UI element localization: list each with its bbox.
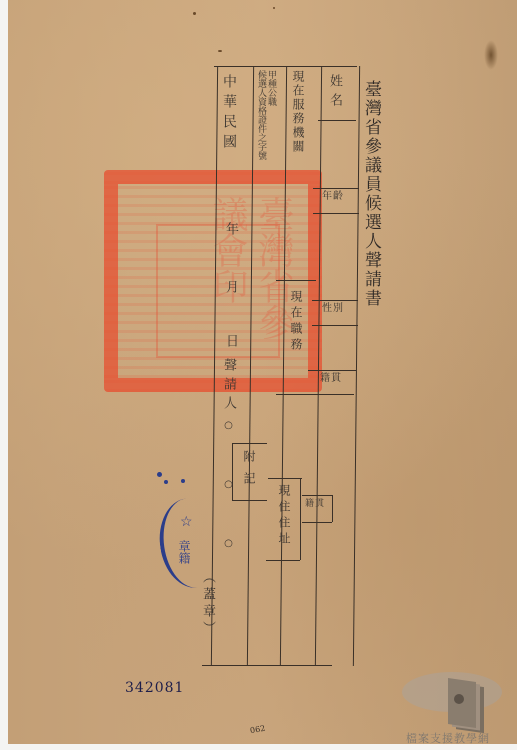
label-native-place: 籍貫 bbox=[305, 500, 325, 509]
cell-divider bbox=[268, 478, 302, 479]
paper-speck bbox=[193, 12, 196, 15]
archive-number: 342081 bbox=[125, 680, 184, 696]
date-year: 年 bbox=[224, 222, 237, 235]
cell-divider bbox=[300, 478, 301, 560]
ink-dot bbox=[181, 479, 185, 483]
label-current-position: 現在職務 bbox=[290, 290, 302, 354]
label-qualification-prefix: 甲種公職 bbox=[266, 70, 275, 106]
cell-divider bbox=[302, 522, 332, 523]
date-era: 中華民國 bbox=[222, 74, 236, 154]
cell-divider bbox=[312, 325, 358, 326]
label-qualification-certificate: 候選人資格證件之字號 bbox=[256, 70, 265, 160]
paper-stain bbox=[484, 40, 498, 70]
applicant-label: 聲請人 bbox=[222, 358, 235, 415]
date-day: 日 bbox=[224, 334, 237, 347]
cell-divider bbox=[318, 120, 356, 121]
watermark-text: 檔案支援教學網 bbox=[406, 730, 490, 746]
cell-divider bbox=[308, 370, 356, 371]
label-name: 姓名 bbox=[328, 74, 341, 112]
paper-speck bbox=[218, 50, 222, 52]
cell-divider bbox=[302, 495, 332, 496]
date-month: 月 bbox=[224, 280, 237, 293]
cell-divider bbox=[232, 500, 267, 501]
ink-dot bbox=[157, 472, 162, 477]
table-border-bottom bbox=[202, 665, 332, 666]
label-age: 年齡 bbox=[322, 192, 344, 202]
cell-divider bbox=[276, 394, 354, 395]
label-current-address: 現住住址 bbox=[278, 484, 290, 548]
cell-divider bbox=[266, 560, 300, 561]
label-native-place-top: 籍貫 bbox=[320, 374, 342, 384]
ink-dot bbox=[164, 480, 168, 484]
cell-divider bbox=[313, 213, 359, 214]
blue-seal-text: 章籍 bbox=[176, 540, 193, 564]
cell-divider bbox=[313, 188, 359, 189]
label-current-agency: 現在服務機關 bbox=[292, 70, 304, 154]
red-official-seal: 臺灣省參議會印 bbox=[104, 170, 322, 392]
cell-divider bbox=[332, 495, 333, 522]
cell-divider bbox=[312, 300, 358, 301]
cell-divider bbox=[276, 280, 316, 281]
document-title: 臺灣省參議員候選人聲請書 bbox=[362, 80, 379, 308]
keyhole-icon bbox=[454, 694, 464, 704]
label-remarks: 附記 bbox=[243, 450, 255, 494]
paper-speck bbox=[273, 7, 275, 9]
star-icon: ☆ bbox=[180, 514, 193, 530]
cell-divider bbox=[232, 443, 267, 444]
label-sex: 性別 bbox=[322, 304, 344, 314]
seal-text: 臺灣省參議會印 bbox=[130, 196, 296, 366]
archive-watermark: 檔案支援教學網 bbox=[400, 660, 510, 750]
